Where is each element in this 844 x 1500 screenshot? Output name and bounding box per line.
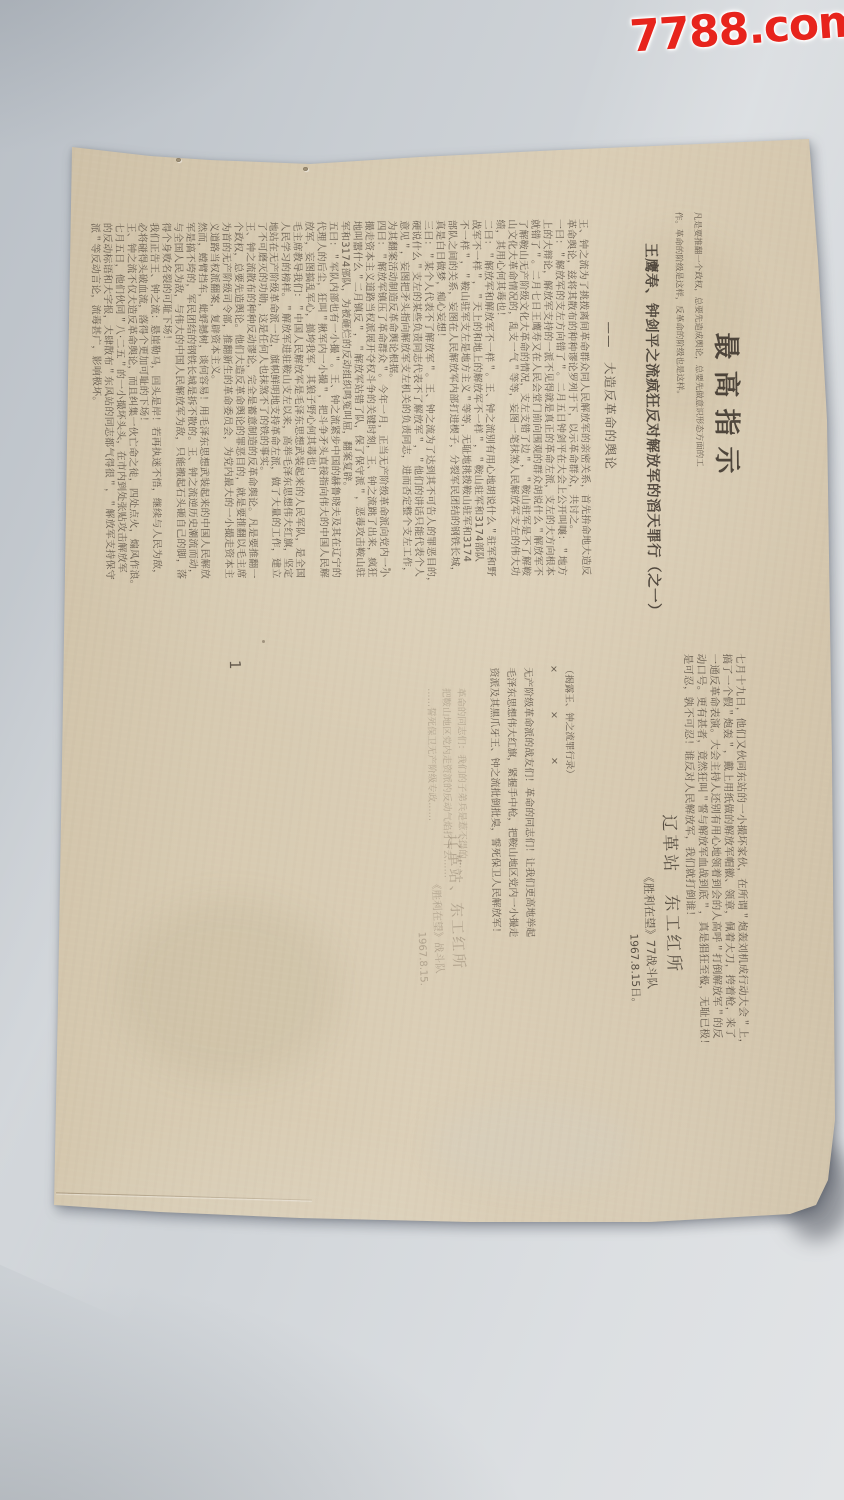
- body-page1: 王、钟之流为了挑拨离间革命群众同人民解放军的亲密关系，首先拚命地大造反革命舆论，…: [88, 219, 592, 665]
- x-marks: × × ×: [546, 665, 563, 877]
- masthead-title: 最高指示: [702, 329, 749, 487]
- text-line: 无产阶级革命派的战友们！革命的同志们！让我们更高地举起: [519, 667, 539, 1029]
- paper-surface: 最高指示 凡是要推翻一个政权，总要先造成舆论，总要先做意识形态方面的工作。革命的…: [0, 0, 844, 1500]
- paper-sheet: 最高指示 凡是要推翻一个政权，总要先造成舆论，总要先做意识形态方面的工作。革命的…: [0, 0, 844, 1500]
- doc-heading: 王鹰寿、钟剑平之流疯狂反对解放军的滔天罪行（之一）: [630, 243, 673, 631]
- staple-mark: [256, 155, 261, 159]
- signature-block: 辽革站 东工红所 《胜利在望》77战斗队 1967.8.15日。: [593, 814, 683, 1087]
- text-line: 资派及其黑爪牙王、钟之流批倒批臭，誓死保卫人民解放军！: [485, 667, 505, 1029]
- ink-speck: [700, 980, 703, 983]
- page-number: 1: [222, 652, 248, 678]
- document-content: 最高指示 凡是要推翻一个政权，总要先造成舆论，总要先做意识形态方面的工作。革命的…: [0, 0, 844, 1500]
- expose-note-text: （揭露王、钟之流罪行录）: [561, 665, 578, 877]
- photo: 最高指示 凡是要推翻一个政权，总要先造成舆论，总要先做意识形态方面的工作。革命的…: [0, 0, 844, 1500]
- text-line: 凡是要推翻一个政权，总要先造成舆论，总要先做意识形态方面的工: [687, 212, 708, 464]
- staple-mark: [303, 167, 308, 171]
- ink-speck: [388, 568, 391, 571]
- closing-lines: 无产阶级革命派的战友们！革命的同志们！让我们更高地举起毛泽东思想伟大红旗，紧握手…: [474, 667, 539, 1030]
- staple-mark: [176, 158, 181, 162]
- text-line: 毛泽东思想伟大红旗，紧握手中枪，把鞍山地区党内一小撮走: [502, 667, 522, 1029]
- ink-speck: [262, 640, 265, 643]
- ghost-signature: 辽革站、东工红所 《胜利在望》战斗队 1967.8.15.: [353, 834, 467, 1093]
- expose-note: （揭露王、钟之流罪行录） × × ×: [540, 665, 578, 877]
- doc-subheading: —— 大造反革命的舆论: [591, 321, 629, 503]
